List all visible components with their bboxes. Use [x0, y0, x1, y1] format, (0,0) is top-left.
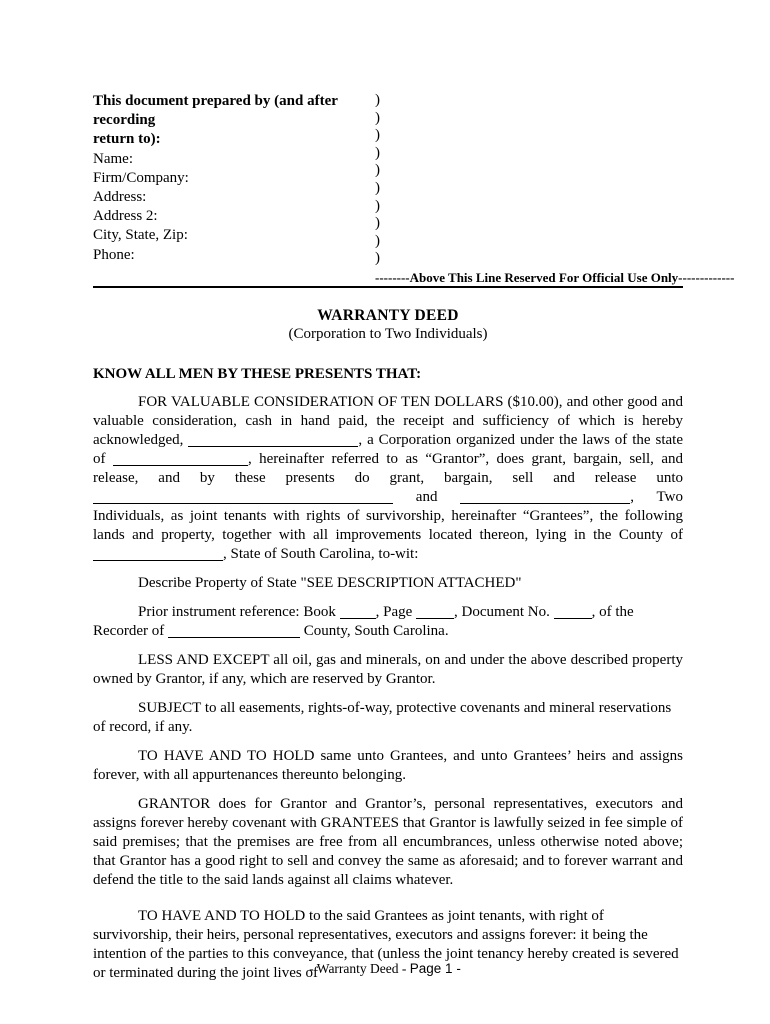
consideration-paragraph: FOR VALUABLE CONSIDERATION OF TEN DOLLAR… [93, 393, 683, 564]
subject-to-paragraph: SUBJECT to all easements, rights-of-way,… [93, 699, 683, 737]
document-no-blank [554, 605, 592, 619]
paren-glyph: ) [375, 215, 734, 233]
book-blank [340, 605, 376, 619]
grantee1-name-blank [93, 490, 393, 504]
prepared-by-heading-line1: This document prepared by (and after rec… [93, 92, 375, 130]
official-use-notice: --------Above This Line Reserved For Off… [375, 270, 734, 285]
paren-glyph: ) [375, 198, 734, 216]
paren-glyph: ) [375, 127, 734, 145]
paren-glyph: ) [375, 110, 734, 128]
consideration-seg6: , State of South Carolina, to-wit: [223, 546, 418, 562]
describe-property-line: Describe Property of State "SEE DESCRIPT… [93, 574, 683, 593]
grantor-name-blank [188, 433, 358, 447]
prior-instrument-seg3: , Document No. [454, 604, 550, 620]
paren-glyph: ) [375, 180, 734, 198]
grantee2-name-blank [460, 490, 630, 504]
field-label-address: Address: [93, 188, 375, 207]
prepared-by-heading-line2: return to): [93, 130, 375, 149]
covenant-paragraph: GRANTOR does for Grantor and Grantor’s, … [93, 795, 683, 890]
grantor-state-blank [113, 452, 248, 466]
recorder-county-blank [168, 624, 300, 638]
paren-column: ) ) ) ) ) ) ) ) ) ) [375, 92, 734, 268]
footer-page-label: Page 1 - [410, 961, 461, 976]
county-blank [93, 547, 223, 561]
salutation-heading: KNOW ALL MEN BY THESE PRESENTS THAT: [93, 365, 683, 384]
describe-property-text: Describe Property of State "SEE DESCRIPT… [138, 575, 522, 591]
page-title: WARRANTY DEED [93, 306, 683, 325]
paren-glyph: ) [375, 145, 734, 163]
habendum-text: TO HAVE AND TO HOLD same unto Grantees, … [93, 748, 683, 783]
field-label-phone: Phone: [93, 246, 375, 265]
paren-glyph: ) [375, 250, 734, 268]
prior-instrument-seg2: , Page [376, 604, 413, 620]
prepared-by-section: This document prepared by (and after rec… [93, 92, 683, 288]
page-blank [416, 605, 454, 619]
paren-glyph: ) [375, 162, 734, 180]
field-label-city-state-zip: City, State, Zip: [93, 226, 375, 245]
paren-glyph: ) [375, 92, 734, 110]
field-label-firm-company: Firm/Company: [93, 169, 375, 188]
habendum-paragraph: TO HAVE AND TO HOLD same unto Grantees, … [93, 747, 683, 785]
less-and-except-paragraph: LESS AND EXCEPT all oil, gas and mineral… [93, 651, 683, 689]
prepared-by-block: This document prepared by (and after rec… [93, 92, 375, 285]
warranty-deed-page: This document prepared by (and after rec… [0, 0, 770, 1024]
field-label-name: Name: [93, 150, 375, 169]
field-label-address2: Address 2: [93, 207, 375, 226]
consideration-seg4: and [416, 489, 438, 505]
prior-instrument-paragraph: Prior instrument reference: Book , Page … [93, 603, 683, 641]
subject-to-text: SUBJECT to all easements, rights-of-way,… [93, 700, 671, 735]
paren-glyph: ) [375, 233, 734, 251]
prior-instrument-seg5: County, South Carolina. [304, 623, 449, 639]
covenant-text: GRANTOR does for Grantor and Grantor’s, … [93, 796, 683, 888]
less-and-except-text: LESS AND EXCEPT all oil, gas and mineral… [93, 652, 683, 687]
page-footer: - Warranty Deed - Page 1 - [0, 959, 770, 978]
recording-stamp-area: ) ) ) ) ) ) ) ) ) ) --------Above This L… [375, 92, 734, 285]
footer-doc-label: - Warranty Deed - [309, 961, 410, 976]
page-subtitle: (Corporation to Two Individuals) [93, 325, 683, 344]
prior-instrument-seg1: Prior instrument reference: Book [138, 604, 336, 620]
